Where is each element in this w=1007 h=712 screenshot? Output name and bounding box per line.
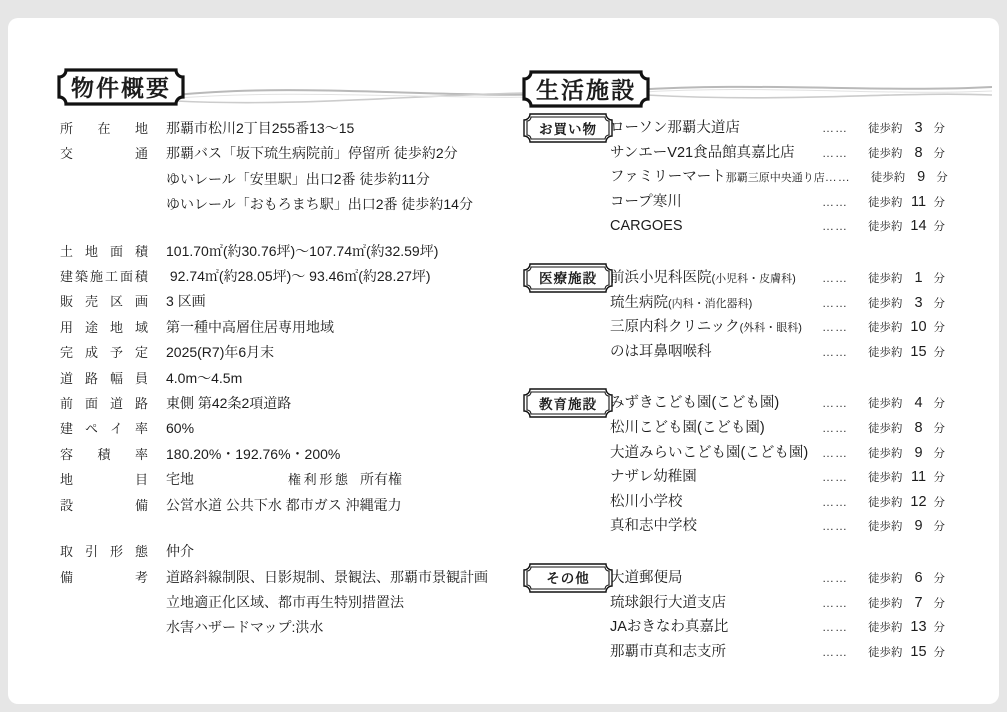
walk-time: 徒歩約 10 分 — [868, 315, 945, 341]
facility-item: 大道みらいこども園(こども園) …… 徒歩約 9 分 — [610, 441, 963, 466]
property-row-value: 2025(R7)年6月末 — [166, 340, 274, 365]
walk-time-prefix: 徒歩約 — [868, 515, 903, 540]
walk-time-suffix: 分 — [934, 191, 946, 216]
facility-name-main: 松川こども園(こども園) — [610, 420, 765, 436]
property-row-label: 完成予定 — [60, 340, 148, 365]
property-row-line: 仲介 — [166, 539, 194, 564]
facility-name: みずきこども園(こども園) — [610, 391, 822, 416]
property-row-value: 3 区画 — [166, 289, 206, 314]
property-row: 前面道路 東側 第42条2項道路 — [60, 391, 500, 416]
property-row-extra-label: 権利形態 — [288, 467, 348, 492]
walk-time-suffix: 分 — [934, 592, 946, 617]
property-row-lines: 3 区画 — [166, 289, 206, 314]
facility-name-main: コープ寒川 — [610, 194, 682, 210]
walk-time: 徒歩約 6 分 — [868, 566, 945, 592]
walk-time-prefix: 徒歩約 — [868, 616, 903, 641]
walk-time: 徒歩約 1 分 — [868, 266, 945, 292]
walk-time: 徒歩約 15 分 — [868, 640, 945, 666]
property-overview-title: 物件概要 — [57, 68, 185, 106]
facility-items: 前浜小児科医院(小児科・皮膚科) …… 徒歩約 1 分 琉生病院(内科・消化器科… — [610, 266, 963, 364]
walk-time-prefix: 徒歩約 — [868, 392, 903, 417]
walk-time-prefix: 徒歩約 — [868, 267, 903, 292]
facility-item: 三原内科クリニック(外科・眼科) …… 徒歩約 10 分 — [610, 315, 963, 340]
facility-name-main: 琉生病院 — [610, 295, 668, 311]
walk-time-minutes: 9 — [908, 165, 934, 190]
property-row-extra: 権利形態所有権 — [288, 467, 402, 492]
facility-name-main: JAおきなわ真嘉比 — [610, 619, 728, 635]
dotted-leader: …… — [822, 566, 868, 591]
property-row-line: 2025(R7)年6月末 — [166, 340, 274, 365]
property-row-label: 用途地域 — [60, 315, 148, 340]
facility-category-label-box: お買い物 — [523, 113, 613, 143]
facilities-section: お買い物 ローソン那覇大道店 …… 徒歩約 3 分 — [523, 116, 963, 664]
property-row-value: 101.70㎡(約30.76坪)〜107.74㎡(約32.59坪) — [166, 239, 438, 264]
facility-category: その他 大道郵便局 …… 徒歩約 6 分 — [523, 566, 963, 664]
dotted-leader: …… — [822, 514, 868, 539]
property-row-value: 東側 第42条2項道路 — [166, 391, 291, 416]
walk-time: 徒歩約 15 分 — [868, 340, 945, 366]
property-row-line: 3 区画 — [166, 289, 206, 314]
facility-name: サンエーV21食品館真嘉比店 — [610, 141, 822, 166]
property-overview-title-box: 物件概要 — [57, 68, 185, 106]
facility-name-main: 大道郵便局 — [610, 570, 683, 586]
property-row-line: 92.74㎡(約28.05坪)〜 93.46㎡(約28.27坪) — [166, 264, 431, 289]
property-row-lines: 東側 第42条2項道路 — [166, 391, 291, 416]
property-row-value: 那覇バス「坂下琉生病院前」停留所 徒歩約2分ゆいレール「安里駅」出口2番 徒歩約… — [166, 141, 473, 217]
walk-time: 徒歩約 8 分 — [868, 416, 945, 442]
walk-time-minutes: 4 — [906, 391, 932, 416]
property-row-line: 立地適正化区域、都市再生特別措置法 — [166, 590, 488, 615]
property-row-value: 180.20%・192.76%・200% — [166, 442, 340, 467]
property-row-label: 土地面積 — [60, 239, 148, 264]
facility-category-label: その他 — [523, 563, 613, 593]
facility-category-label-box: その他 — [523, 563, 613, 593]
property-row-line: ゆいレール「安里駅」出口2番 徒歩約11分 — [166, 167, 473, 192]
facility-name: ファミリーマート那覇三原中央通り店 — [610, 165, 825, 191]
walk-time-prefix: 徒歩約 — [868, 292, 903, 317]
walk-time: 徒歩約 8 分 — [868, 141, 945, 167]
facility-name: 前浜小児科医院(小児科・皮膚科) — [610, 266, 822, 292]
walk-time-prefix: 徒歩約 — [868, 215, 903, 240]
walk-time-minutes: 9 — [906, 441, 932, 466]
facility-name-main: のは耳鼻咽喉科 — [610, 344, 712, 360]
property-row-value: 60% — [166, 416, 194, 441]
walk-time-minutes: 13 — [906, 615, 932, 640]
facility-name: 大道みらいこども園(こども園) — [610, 441, 822, 466]
facility-name-small: (小児科・皮膚科) — [712, 273, 796, 285]
property-row: 設備 公営水道 公共下水 都市ガス 沖縄電力 — [60, 493, 500, 518]
facility-name-main: 大道みらいこども園(こども園) — [610, 445, 808, 461]
property-row-lines: 180.20%・192.76%・200% — [166, 442, 340, 467]
property-row-line: 宅地 — [166, 467, 194, 492]
property-row-lines: 2025(R7)年6月末 — [166, 340, 274, 365]
facility-name-main: ナザレ幼稚園 — [610, 469, 697, 485]
facility-name: 真和志中学校 — [610, 514, 822, 539]
property-row: 建築施工面積 92.74㎡(約28.05坪)〜 93.46㎡(約28.27坪) — [60, 264, 500, 289]
property-row-lines: 道路斜線制限、日影規制、景観法、那覇市景観計画立地適正化区域、都市再生特別措置法… — [166, 565, 488, 641]
property-row: 所在地 那覇市松川2丁目255番13〜15 — [60, 116, 500, 141]
facility-item: 松川こども園(こども園) …… 徒歩約 8 分 — [610, 416, 963, 441]
walk-time-prefix: 徒歩約 — [868, 341, 903, 366]
dotted-leader: …… — [822, 391, 868, 416]
facility-name: 那覇市真和志支所 — [610, 640, 822, 665]
property-row-line: 水害ハザードマップ:洪水 — [166, 615, 488, 640]
property-row-lines: 第一種中高層住居専用地域 — [166, 315, 334, 340]
walk-time: 徒歩約 9 分 — [868, 514, 945, 540]
walk-time-suffix: 分 — [934, 466, 946, 491]
property-row-line: 道路斜線制限、日影規制、景観法、那覇市景観計画 — [166, 565, 488, 590]
property-row-label: 前面道路 — [60, 391, 148, 416]
facility-name-main: 三原内科クリニック — [610, 319, 740, 335]
dotted-leader: …… — [822, 141, 868, 166]
property-row-line: 60% — [166, 416, 194, 441]
property-row: 備考 道路斜線制限、日影規制、景観法、那覇市景観計画立地適正化区域、都市再生特別… — [60, 565, 500, 641]
facility-name-main: 琉球銀行大道支店 — [610, 595, 726, 611]
property-row: 完成予定 2025(R7)年6月末 — [60, 340, 500, 365]
walk-time-suffix: 分 — [934, 442, 946, 467]
property-row-label: 交通 — [60, 141, 148, 217]
walk-time: 徒歩約 7 分 — [868, 591, 945, 617]
property-row-line: 公営水道 公共下水 都市ガス 沖縄電力 — [166, 493, 402, 518]
walk-time-suffix: 分 — [934, 515, 946, 540]
facility-name: 琉球銀行大道支店 — [610, 591, 822, 616]
property-row-line: 那覇バス「坂下琉生病院前」停留所 徒歩約2分 — [166, 141, 473, 166]
property-rows: 取引形態 仲介 備考 — [60, 539, 500, 641]
walk-time: 徒歩約 4 分 — [868, 391, 945, 417]
facility-name: コープ寒川 — [610, 190, 822, 215]
facilities-title: 生活施設 — [522, 70, 650, 108]
walk-time-prefix: 徒歩約 — [868, 491, 903, 516]
property-row-label: 所在地 — [60, 116, 148, 141]
facility-name: ナザレ幼稚園 — [610, 465, 822, 490]
facility-name: 大道郵便局 — [610, 566, 822, 591]
walk-time: 徒歩約 11 分 — [868, 190, 945, 216]
property-row-lines: 仲介 — [166, 539, 194, 564]
facility-item: サンエーV21食品館真嘉比店 …… 徒歩約 8 分 — [610, 141, 963, 166]
facility-item: JAおきなわ真嘉比 …… 徒歩約 13 分 — [610, 615, 963, 640]
walk-time-minutes: 12 — [906, 490, 932, 515]
facility-name-main: CARGOES — [610, 218, 683, 234]
walk-time: 徒歩約 9 分 — [871, 165, 948, 191]
walk-time-suffix: 分 — [934, 417, 946, 442]
property-row-value: 那覇市松川2丁目255番13〜15 — [166, 116, 354, 141]
walk-time: 徒歩約 9 分 — [868, 441, 945, 467]
property-row-lines: 那覇バス「坂下琉生病院前」停留所 徒歩約2分ゆいレール「安里駅」出口2番 徒歩約… — [166, 141, 473, 217]
facility-name-main: 前浜小児科医院 — [610, 270, 712, 286]
property-row-lines: 宅地 — [166, 467, 194, 492]
facility-name-main: サンエーV21食品館真嘉比店 — [610, 145, 795, 161]
facility-item: 真和志中学校 …… 徒歩約 9 分 — [610, 514, 963, 539]
facility-name-small: (内科・消化器科) — [668, 298, 752, 310]
facility-item: ナザレ幼稚園 …… 徒歩約 11 分 — [610, 465, 963, 490]
property-group: 土地面積 101.70㎡(約30.76坪)〜107.74㎡(約32.59坪) — [60, 239, 500, 518]
facility-item: コープ寒川 …… 徒歩約 11 分 — [610, 190, 963, 215]
property-row: 取引形態 仲介 — [60, 539, 500, 564]
walk-time-minutes: 3 — [906, 291, 932, 316]
facility-name-main: ローソン那覇大道店 — [610, 120, 740, 136]
dotted-leader: …… — [822, 465, 868, 490]
property-row: 地目 宅地 権利形態所有権 — [60, 467, 500, 492]
property-row-lines: 60% — [166, 416, 194, 441]
property-row: 土地面積 101.70㎡(約30.76坪)〜107.74㎡(約32.59坪) — [60, 239, 500, 264]
walk-time: 徒歩約 11 分 — [868, 465, 945, 491]
facility-category-label: お買い物 — [523, 113, 613, 143]
property-row-label: 備考 — [60, 565, 148, 641]
facility-name: 三原内科クリニック(外科・眼科) — [610, 315, 822, 341]
dotted-leader: …… — [822, 615, 868, 640]
walk-time-suffix: 分 — [934, 117, 946, 142]
property-row-value: 第一種中高層住居専用地域 — [166, 315, 334, 340]
property-row-lines: 公営水道 公共下水 都市ガス 沖縄電力 — [166, 493, 402, 518]
facility-category-label-box: 教育施設 — [523, 388, 613, 418]
facility-items: ローソン那覇大道店 …… 徒歩約 3 分 サンエーV21食品館真嘉比店 …… — [610, 116, 963, 239]
walk-time-suffix: 分 — [934, 316, 946, 341]
property-row-value: 宅地 権利形態所有権 — [166, 467, 194, 492]
property-row-lines: 92.74㎡(約28.05坪)〜 93.46㎡(約28.27坪) — [166, 264, 431, 289]
walk-time-minutes: 14 — [906, 214, 932, 239]
walk-time-prefix: 徒歩約 — [868, 567, 903, 592]
walk-time: 徒歩約 3 分 — [868, 291, 945, 317]
flyer-page: 物件概要 所在地 那覇市松川2丁目255番13〜15 — [8, 18, 999, 704]
property-row: 交通 那覇バス「坂下琉生病院前」停留所 徒歩約2分ゆいレール「安里駅」出口2番 … — [60, 141, 500, 217]
walk-time-minutes: 1 — [906, 266, 932, 291]
property-row-line: 180.20%・192.76%・200% — [166, 442, 340, 467]
facility-name: CARGOES — [610, 214, 822, 239]
property-row: 容積率 180.20%・192.76%・200% — [60, 442, 500, 467]
facility-category: お買い物 ローソン那覇大道店 …… 徒歩約 3 分 — [523, 116, 963, 239]
walk-time-suffix: 分 — [934, 616, 946, 641]
facility-name-main: みずきこども園(こども園) — [610, 395, 779, 411]
walk-time-minutes: 9 — [906, 514, 932, 539]
property-row-label: 建ペイ率 — [60, 416, 148, 441]
walk-time-prefix: 徒歩約 — [868, 466, 903, 491]
dotted-leader: …… — [822, 416, 868, 441]
walk-time-prefix: 徒歩約 — [868, 417, 903, 442]
walk-time-minutes: 15 — [906, 640, 932, 665]
property-groups: 所在地 那覇市松川2丁目255番13〜15 — [60, 116, 500, 641]
property-rows: 所在地 那覇市松川2丁目255番13〜15 — [60, 116, 500, 218]
facility-name-small: 那覇三原中央通り店 — [726, 172, 825, 184]
facility-items: 大道郵便局 …… 徒歩約 6 分 琉球銀行大道支店 …… — [610, 566, 963, 664]
dotted-leader: …… — [822, 291, 868, 316]
dotted-leader: …… — [822, 315, 868, 340]
facility-item: 琉生病院(内科・消化器科) …… 徒歩約 3 分 — [610, 291, 963, 316]
walk-time-minutes: 8 — [906, 416, 932, 441]
property-rows: 土地面積 101.70㎡(約30.76坪)〜107.74㎡(約32.59坪) — [60, 239, 500, 518]
property-row-line: 東側 第42条2項道路 — [166, 391, 291, 416]
dotted-leader: …… — [822, 116, 868, 141]
walk-time-minutes: 3 — [906, 116, 932, 141]
property-row-value: 公営水道 公共下水 都市ガス 沖縄電力 — [166, 493, 402, 518]
property-row: 用途地域 第一種中高層住居専用地域 — [60, 315, 500, 340]
walk-time-minutes: 11 — [906, 190, 932, 215]
property-row-line: 那覇市松川2丁目255番13〜15 — [166, 116, 354, 141]
walk-time: 徒歩約 3 分 — [868, 116, 945, 142]
facility-categories: お買い物 ローソン那覇大道店 …… 徒歩約 3 分 — [523, 116, 963, 664]
walk-time-minutes: 7 — [906, 591, 932, 616]
facility-name: 琉生病院(内科・消化器科) — [610, 291, 822, 317]
facilities-title-box: 生活施設 — [522, 70, 650, 108]
facility-item: 大道郵便局 …… 徒歩約 6 分 — [610, 566, 963, 591]
facility-item: みずきこども園(こども園) …… 徒歩約 4 分 — [610, 391, 963, 416]
facility-category-label: 教育施設 — [523, 388, 613, 418]
walk-time-suffix: 分 — [934, 215, 946, 240]
property-overview-section: 所在地 那覇市松川2丁目255番13〜15 — [60, 116, 500, 641]
walk-time-suffix: 分 — [934, 567, 946, 592]
property-row-line: 101.70㎡(約30.76坪)〜107.74㎡(約32.59坪) — [166, 239, 438, 264]
walk-time-minutes: 11 — [906, 465, 932, 490]
walk-time: 徒歩約 14 分 — [868, 214, 945, 240]
dotted-leader: …… — [822, 441, 868, 466]
facility-name-small: (外科・眼科) — [740, 322, 802, 334]
dotted-leader: …… — [822, 490, 868, 515]
walk-time: 徒歩約 12 分 — [868, 490, 945, 516]
property-row-label: 地目 — [60, 467, 148, 492]
facility-name: のは耳鼻咽喉科 — [610, 340, 822, 365]
facility-item: CARGOES …… 徒歩約 14 分 — [610, 214, 963, 239]
facility-name-main: 真和志中学校 — [610, 518, 697, 534]
facility-category: 医療施設 前浜小児科医院(小児科・皮膚科) …… 徒歩約 1 分 — [523, 266, 963, 364]
property-row-line: ゆいレール「おもろまち駅」出口2番 徒歩約14分 — [166, 192, 473, 217]
property-row-value: 92.74㎡(約28.05坪)〜 93.46㎡(約28.27坪) — [166, 264, 431, 289]
dotted-leader: …… — [822, 340, 868, 365]
facility-items: みずきこども園(こども園) …… 徒歩約 4 分 松川こども園(こども園) …… — [610, 391, 963, 539]
property-row-line: 4.0m〜4.5m — [166, 366, 242, 391]
dotted-leader: …… — [822, 214, 868, 239]
property-row-extra-value: 所有権 — [360, 471, 402, 487]
property-row-lines: 那覇市松川2丁目255番13〜15 — [166, 116, 354, 141]
walk-time-suffix: 分 — [934, 292, 946, 317]
facility-name-main: ファミリーマート — [610, 169, 726, 185]
facility-name: 松川小学校 — [610, 490, 822, 515]
facility-item: 那覇市真和志支所 …… 徒歩約 15 分 — [610, 640, 963, 665]
dotted-leader: …… — [825, 165, 871, 190]
walk-time-suffix: 分 — [934, 341, 946, 366]
facility-item: 松川小学校 …… 徒歩約 12 分 — [610, 490, 963, 515]
property-row-lines: 101.70㎡(約30.76坪)〜107.74㎡(約32.59坪) — [166, 239, 438, 264]
walk-time-prefix: 徒歩約 — [868, 592, 903, 617]
walk-time-prefix: 徒歩約 — [868, 316, 903, 341]
dotted-leader: …… — [822, 266, 868, 291]
walk-time-prefix: 徒歩約 — [871, 166, 906, 191]
walk-time-prefix: 徒歩約 — [868, 641, 903, 666]
property-group: 取引形態 仲介 備考 — [60, 539, 500, 641]
facility-category: 教育施設 みずきこども園(こども園) …… 徒歩約 4 分 — [523, 391, 963, 539]
walk-time-minutes: 8 — [906, 141, 932, 166]
property-row: 道路幅員 4.0m〜4.5m — [60, 366, 500, 391]
walk-time-suffix: 分 — [934, 491, 946, 516]
facility-item: ローソン那覇大道店 …… 徒歩約 3 分 — [610, 116, 963, 141]
walk-time-prefix: 徒歩約 — [868, 117, 903, 142]
walk-time-minutes: 10 — [906, 315, 932, 340]
property-row: 販売区画 3 区画 — [60, 289, 500, 314]
walk-time-suffix: 分 — [934, 641, 946, 666]
property-row-value: 道路斜線制限、日影規制、景観法、那覇市景観計画立地適正化区域、都市再生特別措置法… — [166, 565, 488, 641]
walk-time: 徒歩約 13 分 — [868, 615, 945, 641]
facility-name: ローソン那覇大道店 — [610, 116, 822, 141]
walk-time-prefix: 徒歩約 — [868, 191, 903, 216]
walk-time-minutes: 15 — [906, 340, 932, 365]
walk-time-suffix: 分 — [934, 392, 946, 417]
facility-name-main: 那覇市真和志支所 — [610, 644, 726, 660]
property-row-label: 道路幅員 — [60, 366, 148, 391]
property-group: 所在地 那覇市松川2丁目255番13〜15 — [60, 116, 500, 218]
facility-name-main: 松川小学校 — [610, 494, 683, 510]
walk-time-suffix: 分 — [934, 267, 946, 292]
property-row-lines: 4.0m〜4.5m — [166, 366, 242, 391]
facility-item: 前浜小児科医院(小児科・皮膚科) …… 徒歩約 1 分 — [610, 266, 963, 291]
dotted-leader: …… — [822, 190, 868, 215]
walk-time-suffix: 分 — [936, 166, 948, 191]
property-row-line: 第一種中高層住居専用地域 — [166, 315, 334, 340]
walk-time-prefix: 徒歩約 — [868, 142, 903, 167]
dotted-leader: …… — [822, 640, 868, 665]
facility-name: 松川こども園(こども園) — [610, 416, 822, 441]
facility-item: 琉球銀行大道支店 …… 徒歩約 7 分 — [610, 591, 963, 616]
property-row-label: 販売区画 — [60, 289, 148, 314]
property-row-value: 4.0m〜4.5m — [166, 366, 242, 391]
facility-category-label: 医療施設 — [523, 263, 613, 293]
walk-time-prefix: 徒歩約 — [868, 442, 903, 467]
property-row-label: 建築施工面積 — [60, 264, 148, 289]
facility-name: JAおきなわ真嘉比 — [610, 615, 822, 640]
property-row-value: 仲介 — [166, 539, 194, 564]
walk-time-minutes: 6 — [906, 566, 932, 591]
facility-item: ファミリーマート那覇三原中央通り店 …… 徒歩約 9 分 — [610, 165, 963, 190]
property-row-label: 取引形態 — [60, 539, 148, 564]
property-row-label: 容積率 — [60, 442, 148, 467]
property-row: 建ペイ率 60% — [60, 416, 500, 441]
walk-time-suffix: 分 — [934, 142, 946, 167]
dotted-leader: …… — [822, 591, 868, 616]
facility-category-label-box: 医療施設 — [523, 263, 613, 293]
facility-item: のは耳鼻咽喉科 …… 徒歩約 15 分 — [610, 340, 963, 365]
property-row-label: 設備 — [60, 493, 148, 518]
